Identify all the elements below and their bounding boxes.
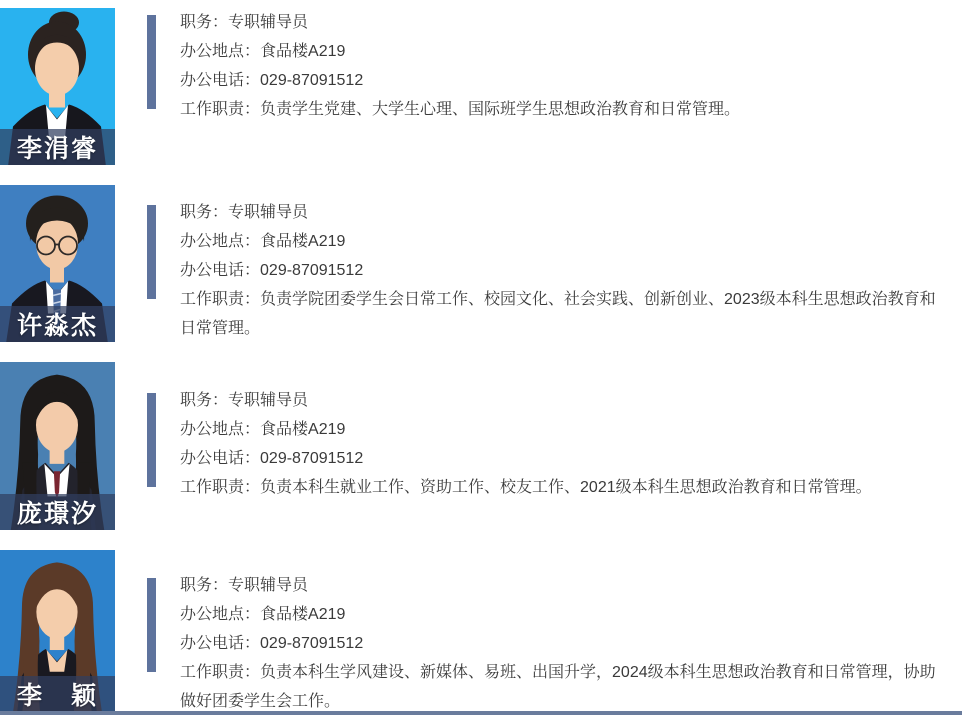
staff-directory-page: 李涓睿 职务：专职辅导员 办公地点：食品楼A219 办公电话：029-87091…	[0, 0, 962, 715]
office-location-value: 食品楼A219	[260, 43, 345, 60]
office-phone-line: 办公电话：029-87091512	[180, 66, 938, 95]
position-label: 职务：	[180, 204, 228, 221]
office-phone-value: 029-87091512	[260, 450, 363, 467]
staff-name: 许淼杰	[0, 306, 115, 342]
office-phone-value: 029-87091512	[260, 72, 363, 89]
office-phone-value: 029-87091512	[260, 262, 363, 279]
office-location-label: 办公地点：	[180, 606, 260, 623]
duties-label: 工作职责：	[180, 664, 260, 681]
office-location-line: 办公地点：食品楼A219	[180, 415, 938, 444]
staff-name: 李 颖	[0, 676, 115, 712]
accent-bar	[147, 393, 156, 487]
office-phone-line: 办公电话：029-87091512	[180, 256, 938, 285]
position-value: 专职辅导员	[228, 14, 308, 31]
accent-bar	[147, 205, 156, 299]
office-phone-label: 办公电话：	[180, 262, 260, 279]
position-value: 专职辅导员	[228, 577, 308, 594]
office-location-line: 办公地点：食品楼A219	[180, 600, 938, 629]
position-line: 职务：专职辅导员	[180, 8, 938, 37]
staff-photo: 李 颖	[0, 550, 115, 715]
duties-label: 工作职责：	[180, 479, 260, 496]
duties-line: 工作职责：负责学院团委学生会日常工作、校园文化、社会实践、创新创业、2023级本…	[180, 285, 938, 343]
staff-card: 李 颖 职务：专职辅导员 办公地点：食品楼A219 办公电话：029-87091…	[0, 550, 962, 715]
office-location-label: 办公地点：	[180, 43, 260, 60]
duties-value: 负责学院团委学生会日常工作、校园文化、社会实践、创新创业、2023级本科生思想政…	[180, 291, 936, 337]
office-phone-label: 办公电话：	[180, 635, 260, 652]
staff-name: 李涓睿	[0, 129, 115, 165]
office-phone-line: 办公电话：029-87091512	[180, 444, 938, 473]
duties-label: 工作职责：	[180, 291, 260, 308]
office-phone-label: 办公电话：	[180, 450, 260, 467]
staff-card: 李涓睿 职务：专职辅导员 办公地点：食品楼A219 办公电话：029-87091…	[0, 8, 962, 165]
duties-value: 负责本科生就业工作、资助工作、校友工作、2021级本科生思想政治教育和日常管理。	[260, 479, 872, 496]
bottom-divider	[0, 711, 962, 715]
office-location-label: 办公地点：	[180, 233, 260, 250]
duties-line: 工作职责：负责本科生学风建设、新媒体、易班、出国升学，2024级本科生思想政治教…	[180, 658, 938, 715]
staff-photo: 李涓睿	[0, 8, 115, 165]
office-phone-line: 办公电话：029-87091512	[180, 629, 938, 658]
position-line: 职务：专职辅导员	[180, 198, 938, 227]
position-line: 职务：专职辅导员	[180, 571, 938, 600]
duties-value: 负责学生党建、大学生心理、国际班学生思想政治教育和日常管理。	[260, 101, 740, 118]
office-phone-label: 办公电话：	[180, 72, 260, 89]
position-label: 职务：	[180, 577, 228, 594]
staff-info: 职务：专职辅导员 办公地点：食品楼A219 办公电话：029-87091512 …	[180, 571, 938, 715]
staff-info: 职务：专职辅导员 办公地点：食品楼A219 办公电话：029-87091512 …	[180, 198, 938, 343]
office-location-line: 办公地点：食品楼A219	[180, 227, 938, 256]
duties-label: 工作职责：	[180, 101, 260, 118]
staff-photo: 许淼杰	[0, 185, 115, 342]
staff-card: 庞璟汐 职务：专职辅导员 办公地点：食品楼A219 办公电话：029-87091…	[0, 362, 962, 530]
office-location-label: 办公地点：	[180, 421, 260, 438]
accent-bar	[147, 578, 156, 672]
staff-name: 庞璟汐	[0, 494, 115, 530]
staff-info: 职务：专职辅导员 办公地点：食品楼A219 办公电话：029-87091512 …	[180, 386, 938, 502]
accent-bar	[147, 15, 156, 109]
position-label: 职务：	[180, 14, 228, 31]
position-label: 职务：	[180, 392, 228, 409]
staff-photo: 庞璟汐	[0, 362, 115, 530]
office-phone-value: 029-87091512	[260, 635, 363, 652]
position-value: 专职辅导员	[228, 204, 308, 221]
office-location-value: 食品楼A219	[260, 233, 345, 250]
duties-line: 工作职责：负责本科生就业工作、资助工作、校友工作、2021级本科生思想政治教育和…	[180, 473, 938, 502]
staff-card: 许淼杰 职务：专职辅导员 办公地点：食品楼A219 办公电话：029-87091…	[0, 185, 962, 342]
office-location-value: 食品楼A219	[260, 421, 345, 438]
office-location-value: 食品楼A219	[260, 606, 345, 623]
duties-value: 负责本科生学风建设、新媒体、易班、出国升学，2024级本科生思想政治教育和日常管…	[180, 664, 936, 710]
office-location-line: 办公地点：食品楼A219	[180, 37, 938, 66]
duties-line: 工作职责：负责学生党建、大学生心理、国际班学生思想政治教育和日常管理。	[180, 95, 938, 124]
position-line: 职务：专职辅导员	[180, 386, 938, 415]
position-value: 专职辅导员	[228, 392, 308, 409]
staff-info: 职务：专职辅导员 办公地点：食品楼A219 办公电话：029-87091512 …	[180, 8, 938, 124]
